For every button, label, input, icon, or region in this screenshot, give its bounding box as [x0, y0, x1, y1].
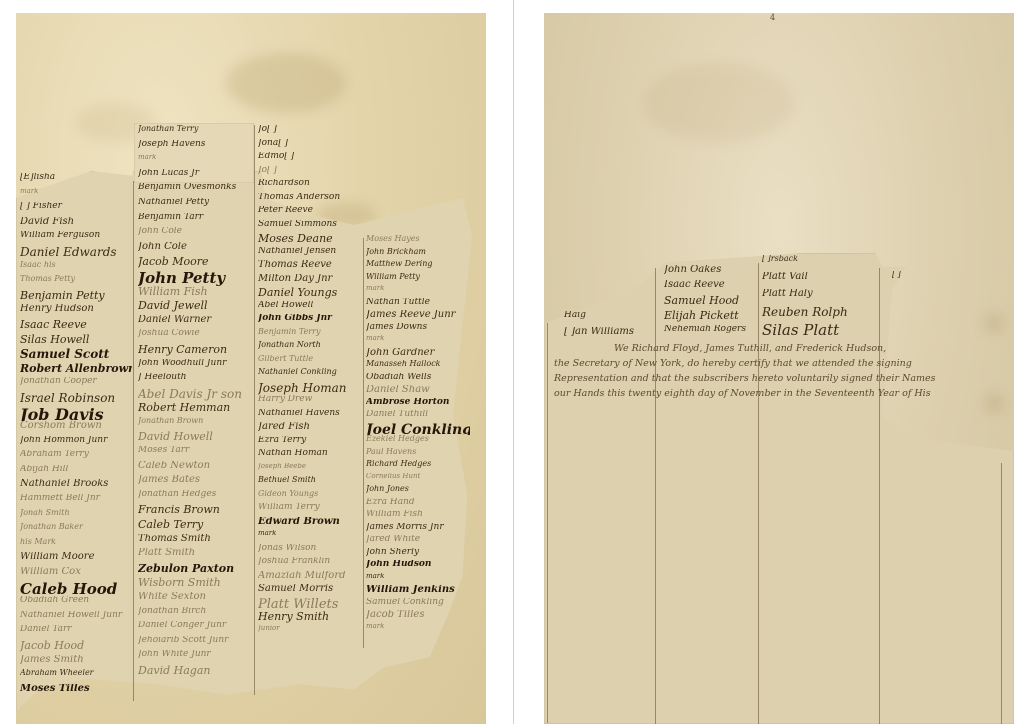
signature-name: Samuel Simmons [258, 220, 362, 234]
signature-name: Jonas Wilson [258, 544, 362, 558]
signature-name: Abraham Wheeler [20, 669, 132, 684]
signature-name: mark [366, 623, 470, 636]
signature-name: James Reeve Junr [366, 310, 470, 323]
signature-name: Moses Deane [258, 233, 362, 247]
signature-name: Nathaniel Conkling [258, 368, 362, 382]
signature-name: William Moore [20, 552, 132, 567]
signature-name: Nathaniel Havens [258, 409, 362, 423]
attestation-line: the Secretary of New York, do hereby cer… [554, 356, 1014, 371]
signature-name: Jona[ ] [258, 139, 362, 153]
signature-name: mark [258, 530, 362, 544]
signature-name: Job Davis [20, 407, 132, 422]
signature-name: Platt Willets [258, 598, 362, 612]
signature-name: Edward Brown [258, 517, 362, 531]
signature-name: Jonathan Cooper [20, 377, 132, 392]
signature-name: Caleb Hood [20, 582, 132, 597]
signature-name: Benjamin Tarr [138, 213, 254, 228]
signature-name: Jo[ ] [258, 166, 362, 180]
signature-name: Obadiah Green [20, 596, 132, 611]
signature-name: Robert Hemman [138, 402, 254, 417]
signature-name: [E]lisha [20, 173, 132, 188]
signature-name: Abel Howell [258, 301, 362, 315]
signature-name: Daniel Youngs [258, 287, 362, 301]
signature-name: Robert Allenbrown [20, 363, 132, 378]
signature-name: Jared White [366, 535, 470, 548]
signature-name: [ ] [892, 271, 922, 285]
signature-name: Gilbert Tuttle [258, 355, 362, 369]
signature-name: Richardson [258, 179, 362, 193]
signature-column-4: [ ] [892, 271, 922, 285]
signature-name: Jo[ ] [258, 125, 362, 139]
signature-name: Francis Brown [138, 504, 254, 519]
page-number-mark: 4 [770, 13, 775, 22]
signature-column-1: [E]lishamark[ ] FisherDavid FishWilliam … [20, 173, 132, 698]
signature-column-1: Haig[ ]an Williams [564, 311, 654, 343]
signature-name: Joel Conkling [366, 423, 470, 436]
signature-name: Joshua Cowie [138, 329, 254, 344]
signature-name: Benjamin Ovesmonks [138, 183, 254, 198]
signature-name: Edmo[ ] [258, 152, 362, 166]
signature-name: Platt Vail [762, 272, 872, 289]
signature-name: Samuel Conkling [366, 598, 470, 611]
signature-name: Jonathan Brown [138, 417, 254, 432]
signature-name: James Smith [20, 655, 132, 670]
signature-name: Daniel Tuthill [366, 410, 470, 423]
signature-name: mark [20, 188, 132, 203]
attestation-line: We Richard Floyd, James Tuthill, and Fre… [554, 341, 1014, 356]
signature-name: Thomas Smith [138, 534, 254, 549]
signature-name: John Oakes [664, 265, 759, 280]
signature-name: James Bates [138, 475, 254, 490]
signature-name: Nehemiah Rogers [664, 325, 759, 340]
signature-name: Jonah Smith [20, 509, 132, 524]
signature-column-2: Jonathan TerryJoseph HavensmarkJohn Luca… [138, 125, 254, 680]
signature-name: Platt Smith [138, 548, 254, 563]
signature-name: William Ferguson [20, 231, 132, 246]
signature-name: Wisborn Smith [138, 577, 254, 592]
signature-name: Junior [258, 625, 362, 639]
signature-name: Abraham Terry [20, 450, 132, 465]
signature-name: Thomas Petty [20, 275, 132, 290]
signature-name: Cornelius Hunt [366, 473, 470, 486]
signature-name: Corshom Brown [20, 421, 132, 436]
signature-name: Henry Cameron [138, 344, 254, 359]
signature-name: John Hommon Junr [20, 436, 132, 451]
signature-name: John Gardner [366, 348, 470, 361]
page-divider [513, 0, 514, 724]
signature-name: Zebulon Paxton [138, 563, 254, 578]
signature-name: James Morris Jnr [366, 523, 470, 536]
signature-name: Elijah Pickett [664, 310, 759, 325]
signature-name: Samuel Hood [664, 295, 759, 310]
signature-name: mark [138, 154, 254, 169]
signature-name: William Fish [366, 510, 470, 523]
signature-name: David Howell [138, 431, 254, 446]
signature-name: Moses Hayes [366, 235, 470, 248]
signature-name: [ ]rsback [762, 255, 872, 272]
signature-name: Moses Tilles [20, 684, 132, 699]
signature-name: Manasseh Hallock [366, 360, 470, 373]
signature-name: Moses Tarr [138, 446, 254, 461]
signature-name: Nathaniel Brooks [20, 479, 132, 494]
signature-name: his Mark [20, 538, 132, 553]
signature-name: Silas Howell [20, 334, 132, 349]
signature-name: Daniel Edwards [20, 246, 132, 261]
signature-name: Jonathan Birch [138, 607, 254, 622]
signature-name: Samuel Scott [20, 348, 132, 363]
signature-name: Jacob Moore [138, 256, 254, 271]
signature-name: Daniel Conger Junr [138, 621, 254, 636]
signature-name: William Cox [20, 567, 132, 582]
signature-name: John Brickham [366, 248, 470, 261]
signature-name: Harry Drew [258, 395, 362, 409]
signature-column-2: John OakesIsaac ReeveSamuel HoodElijah P… [664, 265, 759, 340]
signature-name: David Fish [20, 217, 132, 232]
signature-name: William Fish [138, 286, 254, 301]
signature-name: Jonathan Baker [20, 523, 132, 538]
signature-name: David Jewell [138, 300, 254, 315]
signature-name: Haig [564, 311, 654, 327]
signature-name: Jonathan North [258, 341, 362, 355]
signature-name: mark [366, 285, 470, 298]
signature-name: John Lucas Jr [138, 169, 254, 184]
signature-name: John Hudson [366, 560, 470, 573]
signature-name: John White Junr [138, 650, 254, 665]
signature-name: John Sherly [366, 548, 470, 561]
signature-name: Thomas Reeve [258, 260, 362, 274]
signature-name: mark [366, 573, 470, 586]
signature-name: Daniel Shaw [366, 385, 470, 398]
signature-name: mark [366, 335, 470, 348]
signature-name: Peter Reeve [258, 206, 362, 220]
signature-column-4: Moses HayesJohn BrickhamMatthew DeringWi… [366, 235, 470, 635]
signature-name: Nathan Homan [258, 449, 362, 463]
column-rule [879, 268, 880, 724]
signature-name: Ezra Hand [366, 498, 470, 511]
signature-name: Thomas Anderson [258, 193, 362, 207]
signature-name: Jared Fish [258, 422, 362, 436]
left-page: [E]lishamark[ ] FisherDavid FishWilliam … [16, 13, 486, 724]
signature-name: James Downs [366, 323, 470, 336]
signature-name: Abijah Hill [20, 465, 132, 480]
attestation-line: Representation and that the subscribers … [554, 371, 1014, 386]
signature-name: Caleb Terry [138, 519, 254, 534]
signature-name: John Jones [366, 485, 470, 498]
signature-name: Henry Smith [258, 611, 362, 625]
signature-name: Jacob Tilles [366, 610, 470, 623]
signature-name: Gideon Youngs [258, 490, 362, 504]
attestation-paragraph: We Richard Floyd, James Tuthill, and Fre… [554, 341, 1014, 401]
signature-name: Isaac Reeve [664, 280, 759, 295]
signature-name: Benjamin Petty [20, 290, 132, 305]
signature-name: Samuel Morris [258, 584, 362, 598]
signature-name: William Petty [366, 273, 470, 286]
column-rule [254, 125, 255, 695]
right-page: 4 Haig[ ]an Williams John OakesIsaac Ree… [544, 13, 1014, 724]
signature-name: Richard Hedges [366, 460, 470, 473]
signature-name: J Heelouth [138, 373, 254, 388]
signature-name: [ ] Fisher [20, 202, 132, 217]
signature-name: Amaziah Mulford [258, 571, 362, 585]
signature-name: Joseph Beebe [258, 463, 362, 477]
signature-name: Jacob Hood [20, 640, 132, 655]
signature-name: John Cole [138, 242, 254, 257]
column-rule [655, 268, 656, 724]
signature-name: John Petty [138, 271, 254, 286]
signature-name: Jehoiarib Scott Junr [138, 636, 254, 651]
signature-name: Daniel Warner [138, 315, 254, 330]
column-rule [133, 181, 134, 701]
attestation-line: our Hands this twenty eighth day of Nove… [554, 386, 1014, 401]
signature-name: Nathan Tuttle [366, 298, 470, 311]
signature-name: Joshua Franklin [258, 557, 362, 571]
signature-name: Abel Davis Jr son [138, 388, 254, 403]
signature-column-3: Jo[ ]Jona[ ]Edmo[ ]Jo[ ]RichardsonThomas… [258, 125, 362, 638]
signature-name: Caleb Newton [138, 461, 254, 476]
signature-name: Joseph Havens [138, 140, 254, 155]
signature-name: Ezekiel Hedges [366, 435, 470, 448]
signature-column-3: [ ]rsbackPlatt VailPlatt HalyReuben Rolp… [762, 255, 872, 340]
signature-name: Hammett Bell Jnr [20, 494, 132, 509]
signature-name: Silas Platt [762, 323, 872, 340]
signature-name: Jonathan Hedges [138, 490, 254, 505]
column-rule [547, 323, 548, 723]
signature-name: Bethuel Smith [258, 476, 362, 490]
signature-name: Matthew Dering [366, 260, 470, 273]
signature-name: Jonathan Terry [138, 125, 254, 140]
signature-name: Nathaniel Jensen [258, 247, 362, 261]
signature-name: John Woodhull Junr [138, 359, 254, 374]
signature-name: Daniel Tarr [20, 625, 132, 640]
signature-name: Joseph Homan [258, 382, 362, 396]
signature-name: Ambrose Horton [366, 398, 470, 411]
signature-name: Platt Haly [762, 289, 872, 306]
signature-name: Milton Day Jnr [258, 274, 362, 288]
signature-name: Nathaniel Howell Junr [20, 611, 132, 626]
column-rule [1001, 463, 1002, 724]
signature-name: Israel Robinson [20, 392, 132, 407]
column-rule [363, 238, 364, 648]
signature-name: Nathaniel Petty [138, 198, 254, 213]
signature-name: Paul Havens [366, 448, 470, 461]
signature-name: Ezra Terry [258, 436, 362, 450]
signature-name: Isaac Reeve [20, 319, 132, 334]
signature-name: David Hagan [138, 665, 254, 680]
signature-name: Obadiah Wells [366, 373, 470, 386]
signature-name: White Sexton [138, 592, 254, 607]
signature-name: Henry Hudson [20, 304, 132, 319]
signature-name: John Gibbs Jnr [258, 314, 362, 328]
signature-name: Isaac his [20, 261, 132, 276]
signature-name: William Jenkins [366, 585, 470, 598]
signature-name: John Cole [138, 227, 254, 242]
signature-name: William Terry [258, 503, 362, 517]
signature-name: Reuben Rolph [762, 306, 872, 323]
signature-name: Benjamin Terry [258, 328, 362, 342]
